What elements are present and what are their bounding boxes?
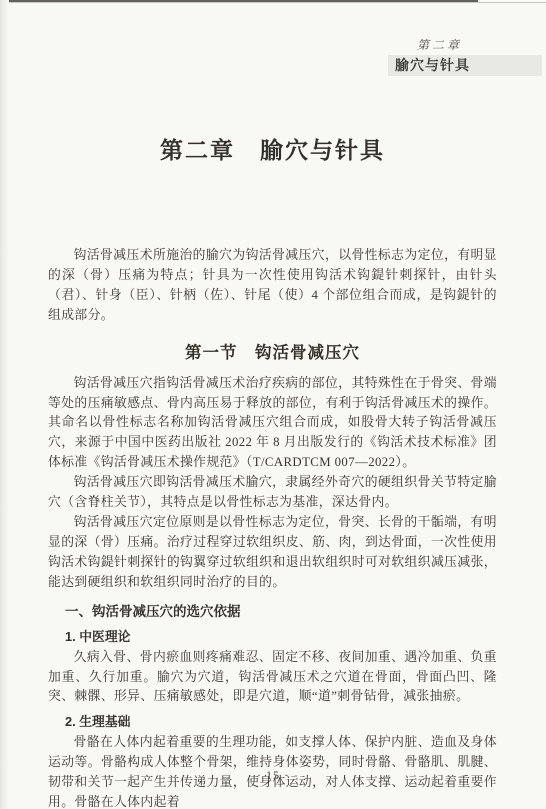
running-band-title: 腧穴与针具 bbox=[388, 55, 470, 76]
scan-edge-left bbox=[0, 0, 9, 809]
chapter-title: 第二章 腧穴与针具 bbox=[48, 136, 497, 166]
book-page: 第二章 腧穴与针具 第二章 腧穴与针具 钩活骨减压术所施治的腧穴为钩活骨减压穴，… bbox=[0, 0, 546, 809]
section-paragraph-3: 钩活骨减压穴定位原则是以骨性标志为定位，骨突、长骨的干骺端，有明显的深（骨）压痛… bbox=[48, 513, 497, 593]
subsection-heading: 一、钩活骨减压穴的选穴依据 bbox=[48, 602, 497, 622]
section-heading: 第一节 钩活骨减压穴 bbox=[48, 341, 497, 365]
sub1-paragraph: 久病入骨、骨内瘀血则疼痛难忍、固定不移、夜间加重、遇冷加重、负重加重、久行加重。… bbox=[48, 648, 497, 708]
running-chapter-label: 第二章 bbox=[417, 36, 462, 53]
sub1-heading: 1. 中医理论 bbox=[48, 627, 497, 646]
scan-edge-top-faint bbox=[8, 2, 546, 3]
section-paragraph-1: 钩活骨减压穴指钩活骨减压术治疗疾病的部位，其特殊性在于骨突、骨端等处的压痛敏感点… bbox=[48, 374, 497, 474]
sub2-heading: 2. 生理基础 bbox=[48, 712, 497, 731]
page-number: · 15 · bbox=[0, 768, 546, 783]
intro-paragraph: 钩活骨减压术所施治的腧穴为钩活骨减压穴，以骨性标志为定位，有明显的深（骨）压痛为… bbox=[48, 246, 497, 326]
page-content: 第二章 腧穴与针具 钩活骨减压术所施治的腧穴为钩活骨减压穴，以骨性标志为定位，有… bbox=[48, 136, 497, 809]
running-header-band: 腧穴与针具 bbox=[388, 55, 542, 76]
section-paragraph-2: 钩活骨减压穴即钩活骨减压术腧穴，隶属经外奇穴的硬组织骨关节特定腧穴（含脊柱关节）… bbox=[48, 473, 497, 513]
